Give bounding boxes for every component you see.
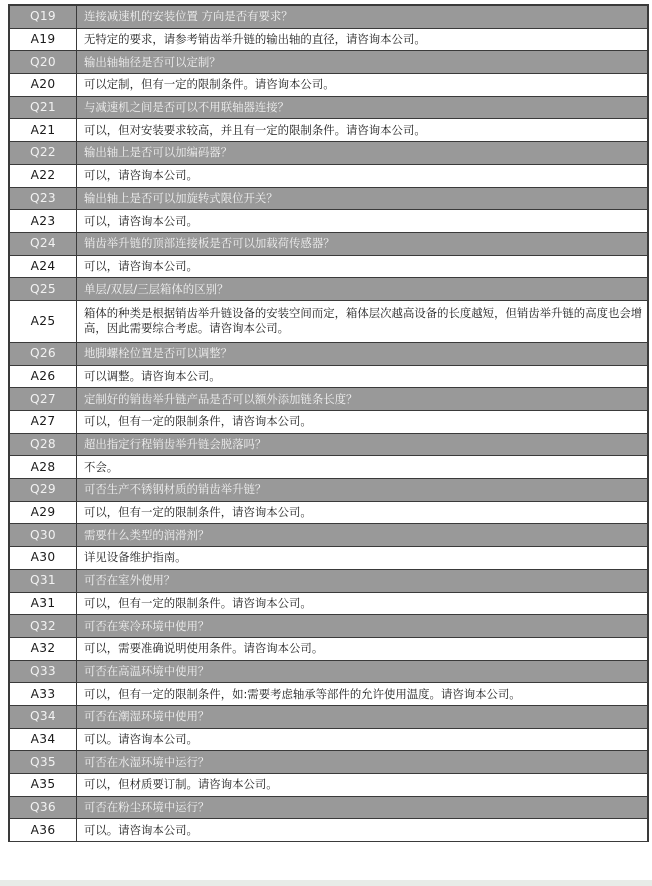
answer-label: A27 <box>9 411 77 434</box>
question-label: Q29 <box>9 479 77 502</box>
question-label: Q36 <box>9 796 77 819</box>
question-row: Q35 可否在水湿环境中运行？ <box>9 751 648 774</box>
answer-text: 可以，但有一定的限制条件，如:需要考虑轴承等部件的允许使用温度。请咨询本公司。 <box>77 683 649 706</box>
question-label: Q35 <box>9 751 77 774</box>
answer-text: 可以，请咨询本公司。 <box>77 164 649 187</box>
answer-row: A34 可以。请咨询本公司。 <box>9 728 648 751</box>
question-text: 可否生产不锈钢材质的销齿举升链？ <box>77 479 649 502</box>
answer-text: 无特定的要求，请参考销齿举升链的输出轴的直径，请咨询本公司。 <box>77 28 649 51</box>
question-row: Q19 连接减速机的安装位置 方向是否有要求？ <box>9 5 648 28</box>
answer-row: A29 可以，但有一定的限制条件，请咨询本公司。 <box>9 501 648 524</box>
answer-label: A20 <box>9 74 77 97</box>
question-row: Q33 可否在高温环境中使用？ <box>9 660 648 683</box>
question-text: 销齿举升链的顶部连接板是否可以加载荷传感器？ <box>77 232 649 255</box>
answer-label: A28 <box>9 456 77 479</box>
answer-label: A23 <box>9 210 77 233</box>
answer-text: 可以。请咨询本公司。 <box>77 819 649 842</box>
answer-row: A32 可以，需要准确说明使用条件。请咨询本公司。 <box>9 637 648 660</box>
question-label: Q33 <box>9 660 77 683</box>
question-text: 输出轴上是否可以加编码器？ <box>77 142 649 165</box>
question-label: Q28 <box>9 433 77 456</box>
question-row: Q31 可否在室外使用？ <box>9 569 648 592</box>
answer-text: 可以，请咨询本公司。 <box>77 210 649 233</box>
question-row: Q27 定制好的销齿举升链产品是否可以额外添加链条长度？ <box>9 388 648 411</box>
question-row: Q22 输出轴上是否可以加编码器？ <box>9 142 648 165</box>
question-text: 可否在寒冷环境中使用？ <box>77 615 649 638</box>
question-label: Q20 <box>9 51 77 74</box>
answer-label: A26 <box>9 365 77 388</box>
question-text: 可否在高温环境中使用？ <box>77 660 649 683</box>
answer-text: 可以，请咨询本公司。 <box>77 255 649 278</box>
answer-text: 可以，但有一定的限制条件，请咨询本公司。 <box>77 501 649 524</box>
answer-text: 可以定制，但有一定的限制条件。请咨询本公司。 <box>77 74 649 97</box>
question-label: Q21 <box>9 96 77 119</box>
answer-label: A24 <box>9 255 77 278</box>
answer-row: A23 可以，请咨询本公司。 <box>9 210 648 233</box>
answer-row: A25 箱体的种类是根据销齿举升链设备的安装空间而定，箱体层次越高设备的长度越短… <box>9 300 648 342</box>
answer-text: 可以，但有一定的限制条件。请咨询本公司。 <box>77 592 649 615</box>
question-text: 需要什么类型的润滑剂？ <box>77 524 649 547</box>
question-label: Q32 <box>9 615 77 638</box>
answer-text: 可以，但对安装要求较高，并且有一定的限制条件。请咨询本公司。 <box>77 119 649 142</box>
question-text: 与减速机之间是否可以不用联轴器连接？ <box>77 96 649 119</box>
question-row: Q23 输出轴上是否可以加旋转式限位开关？ <box>9 187 648 210</box>
question-text: 定制好的销齿举升链产品是否可以额外添加链条长度？ <box>77 388 649 411</box>
question-row: Q28 超出指定行程销齿举升链会脱落吗？ <box>9 433 648 456</box>
question-text: 输出轴上是否可以加旋转式限位开关？ <box>77 187 649 210</box>
answer-label: A25 <box>9 300 77 342</box>
question-text: 单层/双层/三层箱体的区别？ <box>77 278 649 301</box>
question-text: 可否在潮湿环境中使用？ <box>77 705 649 728</box>
answer-row: A21 可以，但对安装要求较高，并且有一定的限制条件。请咨询本公司。 <box>9 119 648 142</box>
answer-label: A29 <box>9 501 77 524</box>
answer-row: A19 无特定的要求，请参考销齿举升链的输出轴的直径，请咨询本公司。 <box>9 28 648 51</box>
answer-label: A35 <box>9 774 77 797</box>
answer-row: A27 可以，但有一定的限制条件，请咨询本公司。 <box>9 411 648 434</box>
answer-label: A22 <box>9 164 77 187</box>
document-page: Q19 连接减速机的安装位置 方向是否有要求？ A19 无特定的要求，请参考销齿… <box>0 0 652 886</box>
question-label: Q23 <box>9 187 77 210</box>
question-text: 连接减速机的安装位置 方向是否有要求？ <box>77 5 649 28</box>
answer-row: A24 可以，请咨询本公司。 <box>9 255 648 278</box>
answer-row: A22 可以，请咨询本公司。 <box>9 164 648 187</box>
answer-text: 详见设备维护指南。 <box>77 547 649 570</box>
question-row: Q30 需要什么类型的润滑剂？ <box>9 524 648 547</box>
question-row: Q24 销齿举升链的顶部连接板是否可以加载荷传感器？ <box>9 232 648 255</box>
question-text: 超出指定行程销齿举升链会脱落吗？ <box>77 433 649 456</box>
question-label: Q25 <box>9 278 77 301</box>
answer-row: A33 可以，但有一定的限制条件，如:需要考虑轴承等部件的允许使用温度。请咨询本… <box>9 683 648 706</box>
faq-table-body: Q19 连接减速机的安装位置 方向是否有要求？ A19 无特定的要求，请参考销齿… <box>9 5 648 842</box>
question-text: 可否在室外使用？ <box>77 569 649 592</box>
question-label: Q26 <box>9 342 77 365</box>
answer-text: 可以，但有一定的限制条件，请咨询本公司。 <box>77 411 649 434</box>
answer-row: A35 可以，但材质要订制。请咨询本公司。 <box>9 774 648 797</box>
answer-text: 可以调整。请咨询本公司。 <box>77 365 649 388</box>
question-text: 可否在粉尘环境中运行？ <box>77 796 649 819</box>
answer-row: A31 可以，但有一定的限制条件。请咨询本公司。 <box>9 592 648 615</box>
answer-label: A31 <box>9 592 77 615</box>
question-label: Q19 <box>9 5 77 28</box>
question-label: Q30 <box>9 524 77 547</box>
answer-text: 不会。 <box>77 456 649 479</box>
question-row: Q25 单层/双层/三层箱体的区别？ <box>9 278 648 301</box>
question-row: Q29 可否生产不锈钢材质的销齿举升链？ <box>9 479 648 502</box>
answer-label: A32 <box>9 637 77 660</box>
answer-label: A33 <box>9 683 77 706</box>
question-label: Q27 <box>9 388 77 411</box>
question-row: Q36 可否在粉尘环境中运行？ <box>9 796 648 819</box>
question-row: Q20 输出轴轴径是否可以定制？ <box>9 51 648 74</box>
question-row: Q34 可否在潮湿环境中使用？ <box>9 705 648 728</box>
answer-text: 可以，但材质要订制。请咨询本公司。 <box>77 774 649 797</box>
answer-row: A36 可以。请咨询本公司。 <box>9 819 648 842</box>
page-bottom-edge <box>0 880 652 886</box>
answer-row: A20 可以定制，但有一定的限制条件。请咨询本公司。 <box>9 74 648 97</box>
answer-label: A30 <box>9 547 77 570</box>
question-label: Q31 <box>9 569 77 592</box>
answer-label: A19 <box>9 28 77 51</box>
question-label: Q24 <box>9 232 77 255</box>
answer-text: 可以。请咨询本公司。 <box>77 728 649 751</box>
answer-row: A28 不会。 <box>9 456 648 479</box>
question-row: Q32 可否在寒冷环境中使用？ <box>9 615 648 638</box>
question-text: 可否在水湿环境中运行？ <box>77 751 649 774</box>
answer-row: A26 可以调整。请咨询本公司。 <box>9 365 648 388</box>
answer-label: A34 <box>9 728 77 751</box>
question-row: Q21 与减速机之间是否可以不用联轴器连接？ <box>9 96 648 119</box>
question-text: 输出轴轴径是否可以定制？ <box>77 51 649 74</box>
answer-text: 可以，需要准确说明使用条件。请咨询本公司。 <box>77 637 649 660</box>
question-row: Q26 地脚螺栓位置是否可以调整？ <box>9 342 648 365</box>
question-label: Q34 <box>9 705 77 728</box>
answer-label: A21 <box>9 119 77 142</box>
answer-label: A36 <box>9 819 77 842</box>
question-text: 地脚螺栓位置是否可以调整？ <box>77 342 649 365</box>
question-label: Q22 <box>9 142 77 165</box>
answer-row: A30 详见设备维护指南。 <box>9 547 648 570</box>
answer-text: 箱体的种类是根据销齿举升链设备的安装空间而定，箱体层次越高设备的长度越短，但销齿… <box>77 300 649 342</box>
faq-table: Q19 连接减速机的安装位置 方向是否有要求？ A19 无特定的要求，请参考销齿… <box>8 4 649 842</box>
